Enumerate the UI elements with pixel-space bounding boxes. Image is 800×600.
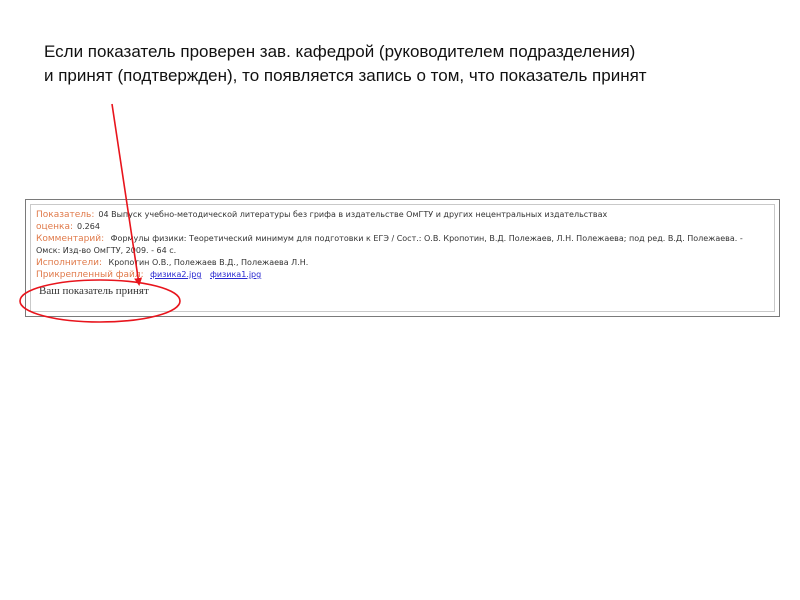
instruction-caption: Если показатель проверен зав. кафедрой (… [44, 40, 784, 88]
indicator-value: 04 Выпуск учебно-методической литературы… [98, 210, 607, 219]
attached-file-row: Прикрепленный файл: физика2.jpg физика1.… [36, 269, 769, 281]
comment-value: Формулы физики: Теоретический минимум дл… [36, 234, 743, 255]
executors-row: Исполнители: Кропотин О.В., Полежаев В.Д… [36, 257, 769, 269]
indicator-record-panel: Показатель:04 Выпуск учебно-методической… [25, 199, 780, 317]
comment-label: Комментарий: [36, 234, 104, 244]
attached-file-link-1[interactable]: физика2.jpg [150, 270, 201, 279]
caption-line-2: и принят (подтвержден), то появляется за… [44, 64, 784, 88]
score-value: 0.264 [77, 222, 100, 231]
indicator-row: Показатель:04 Выпуск учебно-методической… [36, 209, 769, 221]
score-label: оценка: [36, 222, 73, 232]
executors-label: Исполнители: [36, 258, 102, 268]
comment-row: Комментарий: Формулы физики: Теоретическ… [36, 233, 769, 257]
attached-file-link-2[interactable]: физика1.jpg [210, 270, 261, 279]
indicator-label: Показатель: [36, 210, 94, 220]
executors-value: Кропотин О.В., Полежаев В.Д., Полежаева … [109, 258, 309, 267]
indicator-record-content: Показатель:04 Выпуск учебно-методической… [30, 204, 775, 312]
attached-file-label: Прикрепленный файл: [36, 270, 144, 280]
score-row: оценка:0.264 [36, 221, 769, 233]
accepted-status-message: Ваш показатель принят [36, 285, 769, 297]
caption-line-1: Если показатель проверен зав. кафедрой (… [44, 40, 784, 64]
